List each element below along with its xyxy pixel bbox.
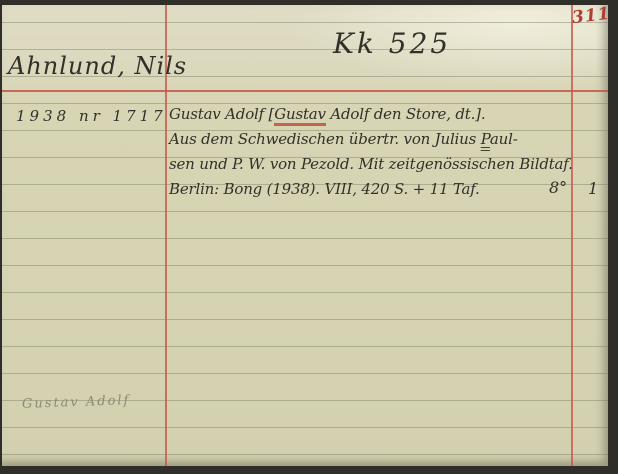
book-format: 8° [549,178,567,197]
shelfmark: Kk 525 [333,27,451,60]
copy-count: 1 [588,179,598,198]
entry-line-2-post: aul- [490,130,518,148]
entry-line-1-red-underlined: Gustav [274,105,326,126]
index-card: 311 Kk 525 Ahnlund, Nils 1938 nr 1717 Gu… [2,5,608,466]
entry-line-2-pre: Aus dem Schwedischen übertr. von Julius [169,130,481,148]
entry-line-3: sen und P. W. von Pezold. Mit zeitgenöss… [169,155,573,173]
red-header-rule [2,90,608,92]
entry-line-4: Berlin: Bong (1938). VIII, 420 S. + 11 T… [169,180,480,198]
entry-line-2: Aus dem Schwedischen übertr. von Julius … [169,130,518,148]
pencil-note: Gustav Adolf [22,393,131,412]
catalog-card-photo: 311 Kk 525 Ahnlund, Nils 1938 nr 1717 Gu… [0,0,618,474]
corner-number: 311 [571,4,612,29]
entry-line-1: Gustav Adolf [Gustav Adolf den Store, dt… [169,105,485,123]
red-right-margin-rule [571,5,573,466]
entry-line-1-pre: Gustav Adolf [ [169,105,274,123]
author-heading: Ahnlund, Nils [8,52,187,80]
accession-number: 1938 nr 1717 [16,107,167,125]
entry-line-2-marked-letter: P [481,130,490,148]
entry-line-1-post: Adolf den Store, dt.]. [326,105,486,123]
